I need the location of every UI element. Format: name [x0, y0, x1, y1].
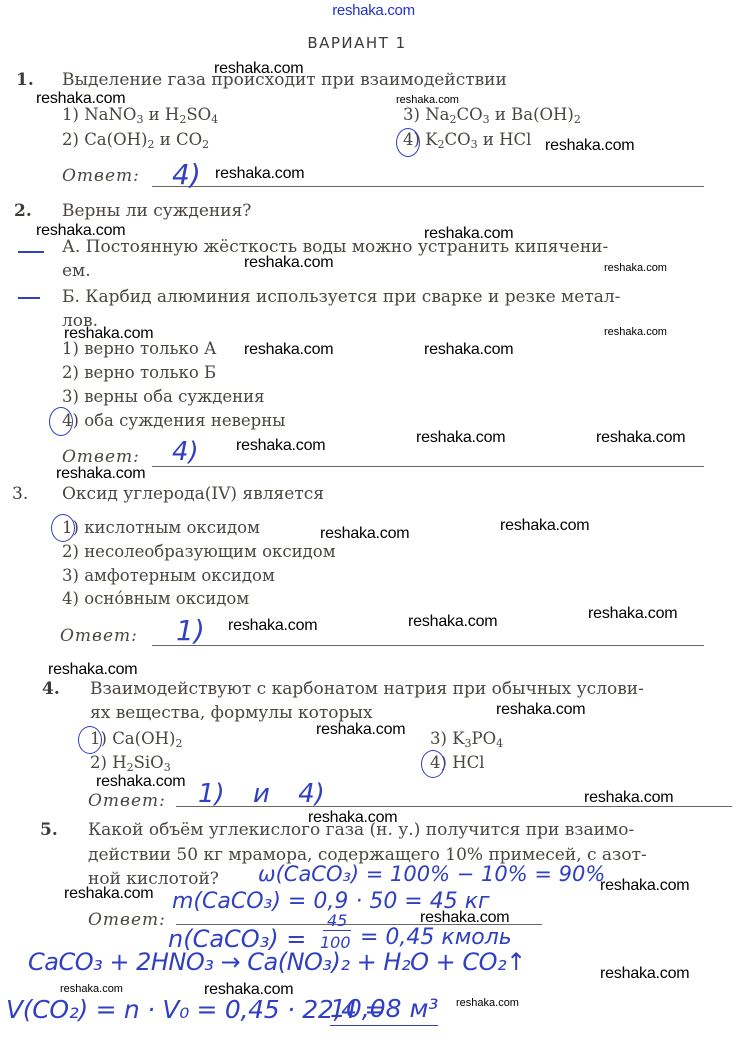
answer-label: Ответ:	[88, 910, 166, 930]
watermark: reshaka.com	[60, 983, 123, 995]
site-watermark-header: reshaka.com	[0, 2, 747, 19]
answer-label: Ответ:	[60, 626, 138, 646]
watermark: reshaka.com	[588, 605, 677, 623]
watermark: reshaka.com	[244, 254, 333, 272]
watermark: reshaka.com	[545, 137, 634, 155]
statement-a: А. Постоянную жёсткость воды можно устра…	[62, 237, 608, 257]
watermark: reshaka.com	[316, 721, 405, 739]
circled-option-marker	[396, 128, 420, 157]
watermark: reshaka.com	[214, 60, 303, 78]
watermark: reshaka.com	[604, 326, 667, 338]
watermark: reshaka.com	[36, 222, 125, 240]
watermark: reshaka.com	[48, 661, 137, 679]
question-number: 3.	[12, 484, 28, 504]
handwritten-answer: 4)	[172, 437, 199, 467]
answer-line	[152, 466, 704, 467]
watermark: reshaka.com	[96, 773, 185, 791]
final-answer-volume: 10,08 м³	[330, 994, 438, 1026]
watermark: reshaka.com	[308, 809, 397, 827]
question-number: 4.	[42, 679, 60, 699]
circled-option-marker	[51, 514, 75, 542]
watermark: reshaka.com	[64, 325, 153, 343]
reaction-equation: CaCO₃ + 2HNO₃ → Ca(NO₃)₂ + H₂O + CO₂↑	[28, 948, 526, 976]
watermark: reshaka.com	[396, 94, 459, 106]
solution-moles-right: = 0,45 кмоль	[360, 925, 512, 950]
question-text: Верны ли суждения?	[62, 201, 251, 221]
watermark: reshaka.com	[215, 165, 304, 183]
watermark: reshaka.com	[408, 613, 497, 631]
option-2: 2) Ca(OH)2 и CO2	[62, 130, 209, 149]
solution-volume-left: V(CO₂) = n · V₀ = 0,45 · 22,4 =	[6, 995, 385, 1024]
answer-label: Ответ:	[62, 166, 140, 186]
watermark: reshaka.com	[600, 877, 689, 895]
watermark: reshaka.com	[424, 225, 513, 243]
handwritten-answer: 1) и 4)	[198, 779, 325, 809]
answer-line	[152, 186, 704, 187]
watermark: reshaka.com	[228, 617, 317, 635]
watermark: reshaka.com	[320, 525, 409, 543]
statement-a-cont: ем.	[62, 261, 91, 281]
answer-label: Ответ:	[88, 791, 166, 811]
watermark: reshaka.com	[64, 885, 153, 903]
option-4: 4) K2CO3 и HCl	[403, 130, 531, 149]
watermark: reshaka.com	[424, 341, 513, 359]
watermark: reshaka.com	[204, 981, 293, 999]
option-3: 3) верны оба суждения	[62, 387, 265, 406]
question-text: Взаимодействуют с карбонатом натрия при …	[90, 679, 644, 699]
question-number: 1.	[16, 70, 34, 90]
circled-option-marker	[421, 750, 445, 778]
solution-mass-fraction: ω(CaCO₃) = 100% − 10% = 90%	[258, 862, 605, 886]
option-4: 4) осно́вным оксидом	[62, 589, 249, 608]
watermark: reshaka.com	[416, 429, 505, 447]
solution-moles-numerator: 45	[323, 911, 351, 931]
question-number: 5.	[40, 820, 58, 840]
variant-title: ВАРИАНТ 1	[0, 34, 714, 52]
option-2: 2) несолеобразующим оксидом	[62, 542, 336, 561]
watermark: reshaka.com	[456, 997, 519, 1009]
watermark: reshaka.com	[244, 341, 333, 359]
question-number: 2.	[14, 201, 32, 221]
option-1: 1) кислотным оксидом	[62, 518, 260, 537]
watermark: reshaka.com	[236, 437, 325, 455]
statement-b: Б. Карбид алюминия используется при свар…	[62, 287, 620, 307]
dash-mark	[18, 297, 40, 299]
dash-mark	[18, 251, 44, 253]
option-3: 3) амфотерным оксидом	[62, 566, 275, 585]
question-text-cont: ях вещества, формулы которых	[90, 703, 373, 723]
handwritten-answer: 1)	[176, 614, 205, 647]
option-3: 3) Na2CO3 и Ba(OH)2	[403, 105, 581, 124]
answer-label: Ответ:	[62, 447, 140, 467]
circled-option-marker	[49, 407, 73, 436]
question-text: Оксид углерода(IV) является	[62, 484, 324, 504]
watermark: reshaka.com	[500, 517, 589, 535]
watermark: reshaka.com	[584, 789, 673, 807]
option-1: 1) Ca(OH)2	[90, 729, 182, 748]
watermark: reshaka.com	[600, 965, 689, 983]
watermark: reshaka.com	[56, 465, 145, 483]
option-2: 2) верно только Б	[62, 363, 216, 382]
handwritten-answer: 4)	[172, 158, 201, 191]
circled-option-marker	[78, 726, 102, 754]
option-2: 2) H2SiO3	[90, 753, 171, 772]
option-3: 3) K3PO4	[430, 729, 503, 748]
option-4: 4) оба суждения неверны	[62, 411, 285, 430]
watermark: reshaka.com	[36, 90, 125, 108]
watermark: reshaka.com	[496, 701, 585, 719]
watermark: reshaka.com	[596, 429, 685, 447]
watermark: reshaka.com	[604, 262, 667, 274]
answer-line	[152, 645, 704, 646]
watermark: reshaka.com	[420, 909, 509, 927]
